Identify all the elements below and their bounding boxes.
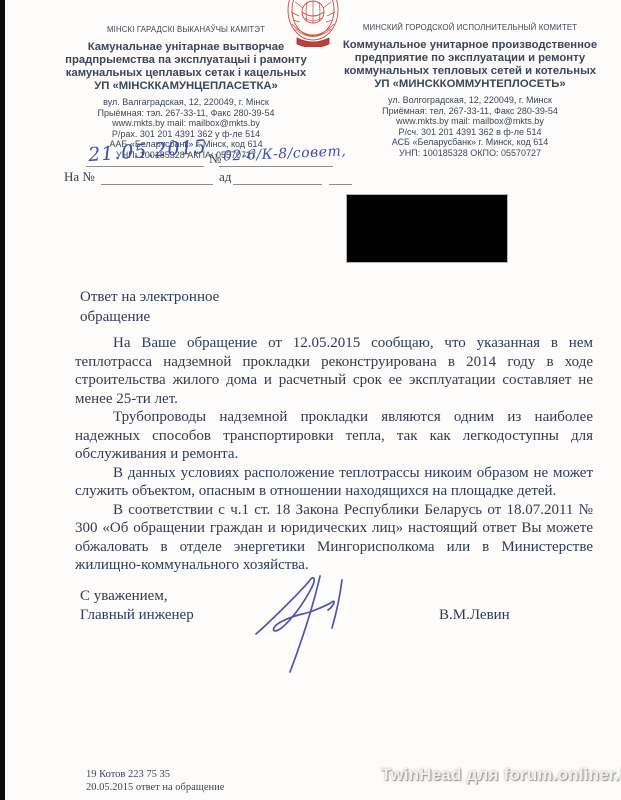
scan-edge-strip [0, 0, 5, 800]
org-address-ru: ул. Волгоградская, 12, 220049, г. Минск … [336, 95, 604, 159]
date-underline [86, 166, 204, 167]
address-line: Прыёмная: тэл. 267-33-11, Факс 280-39-54 [58, 108, 314, 119]
executor-footer: 19 Котов 223 75 35 20.05.2015 ответ на о… [86, 769, 224, 794]
address-line: ул. Волгоградская, 12, 220049, г. Минск [336, 95, 604, 106]
executor-contact: 19 Котов 223 75 35 [86, 769, 224, 782]
address-line: www.mkts.by mail: mailbox@mkts.by [58, 118, 314, 129]
org-line: Камунальнае унітарнае вытворчае [58, 41, 314, 54]
incoming-date-label: ад [219, 169, 231, 185]
belarus-coat-of-arms-icon [285, 0, 341, 47]
subject-line: Ответ на электронное [80, 288, 300, 308]
body-paragraph: В соответствии с ч.1 ст. 18 Закона Респу… [75, 501, 593, 575]
signer-title: Главный инженер [80, 607, 194, 624]
org-name-ru: Коммунальное унитарное производственное … [336, 39, 604, 91]
incoming-number-label: На № [64, 169, 95, 185]
org-line: прадпрыемства па эксплуатацыі і рамонту [58, 54, 314, 67]
incoming-date-underline-2 [329, 184, 352, 185]
committee-name-by: МІНСКІ ГАРАДСКІ ВЫКАНАЎЧЫ КАМІТЭТ [58, 25, 314, 34]
document-note: 20.05.2015 ответ на обращение [86, 782, 224, 795]
signature-closing: С уважением, [80, 588, 168, 605]
letter-body: На Ваше обращение от 12.05.2015 сообщаю,… [75, 334, 593, 575]
handwritten-signature-icon [246, 572, 366, 680]
body-paragraph: На Ваше обращение от 12.05.2015 сообщаю,… [75, 334, 593, 408]
letter-subject: Ответ на электронное обращение [80, 288, 300, 327]
address-line: www.mkts.by mail: mailbox@mkts.by [336, 116, 604, 127]
address-line: Р/сч. 301 201 4391 362 в ф-ле 514 [336, 127, 604, 138]
scanned-letter-page: МІНСКІ ГАРАДСКІ ВЫКАНАЎЧЫ КАМІТЭТ Камуна… [0, 0, 621, 800]
org-line: УП «МИНСККОММУНТЕПЛОСЕТЬ» [336, 78, 604, 91]
org-line: Коммунальное унитарное производственное [336, 39, 604, 52]
org-name-by: Камунальнае унітарнае вытворчае прадпрые… [58, 41, 314, 93]
address-line: вул. Валгаградская, 12, 220049, г. Мінск [58, 97, 314, 108]
incoming-number-underline [101, 184, 213, 185]
org-line: УП «МІНСККАМУНЦЕПЛАСЕТКА» [58, 80, 314, 93]
body-paragraph: Трубопроводы надземной прокладки являютс… [75, 408, 593, 464]
address-line: Приёмная: тел. 267-33-11, Факс 280-39-54 [336, 106, 604, 117]
number-label: № [209, 151, 221, 167]
number-underline [219, 166, 333, 167]
signer-name: В.М.Левин [439, 607, 510, 624]
redacted-recipient-block [346, 194, 508, 263]
address-line: УНП: 100185328 ОКПО: 05570727 [336, 148, 604, 159]
letterhead-right: МИНСКИЙ ГОРОДСКОЙ ИСПОЛНИТЕЛЬНЫЙ КОМИТЕТ… [336, 23, 604, 159]
org-line: камунальных цеплавых сетак і кацельных [58, 67, 314, 80]
committee-name-ru: МИНСКИЙ ГОРОДСКОЙ ИСПОЛНИТЕЛЬНЫЙ КОМИТЕТ [336, 23, 604, 32]
forum-watermark: TwinHead для forum.onliner.by [381, 765, 616, 785]
subject-line: обращение [80, 308, 300, 328]
org-line: предприятие по эксплуатации и ремонту [336, 52, 604, 65]
address-line: АСБ «Беларусбанк» г. Минск, код 614 [336, 137, 604, 148]
org-line: коммунальных тепловых сетей и котельных [336, 65, 604, 78]
body-paragraph: В данных условиях расположение теплотрас… [75, 464, 593, 501]
incoming-date-underline [233, 184, 322, 185]
